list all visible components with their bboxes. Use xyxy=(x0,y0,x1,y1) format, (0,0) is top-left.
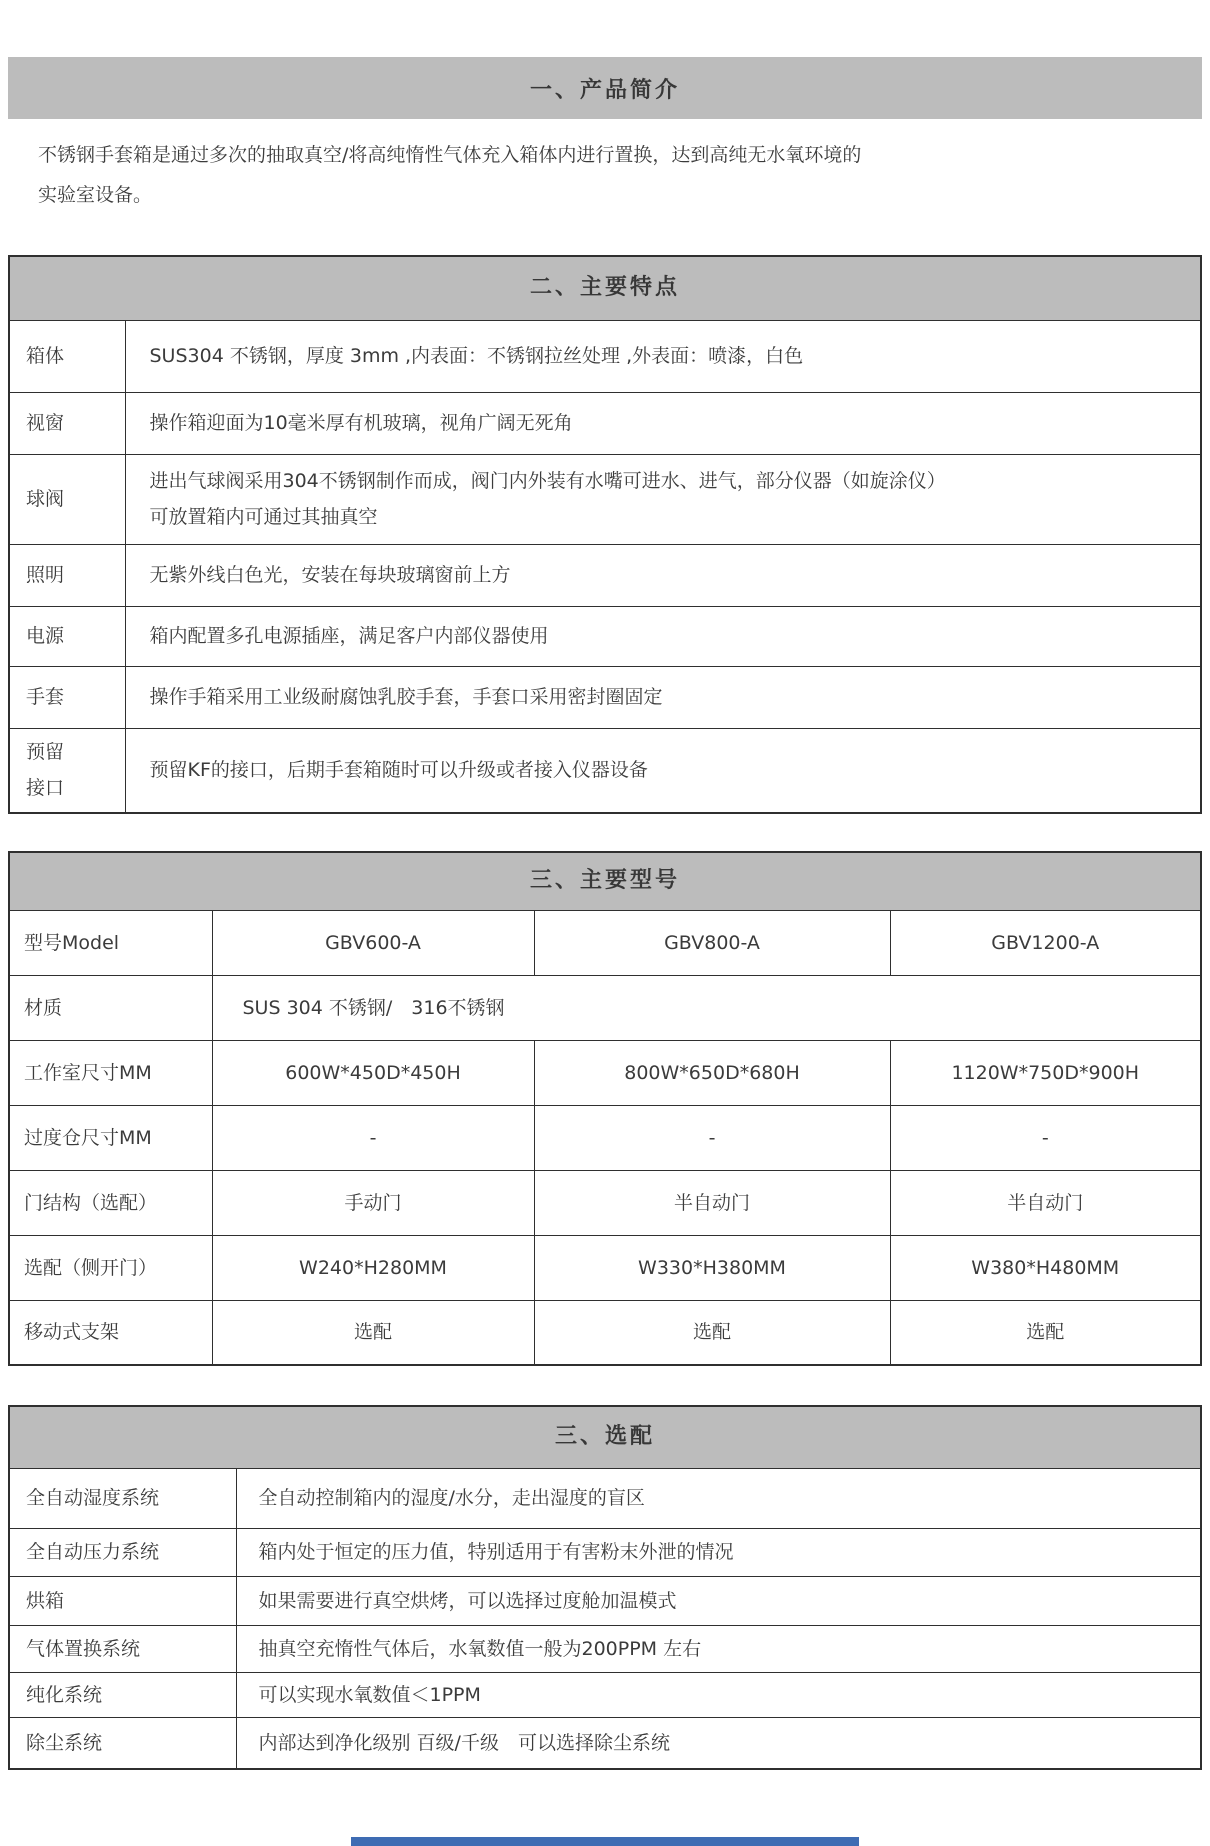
option-row-label: 除尘系统 xyxy=(9,1717,236,1769)
table-row: 照明 无紫外线白色光，安装在每块玻璃窗前上方 xyxy=(9,544,1201,606)
feature-row-text: 进出气球阀采用304不锈钢制作而成，阀门内外装有水嘴可进水、进气，部分仪器（如旋… xyxy=(125,454,1201,544)
option-row-text: 可以实现水氧数值＜1PPM xyxy=(236,1672,1201,1717)
table-row: 球阀 进出气球阀采用304不锈钢制作而成，阀门内外装有水嘴可进水、进气，部分仪器… xyxy=(9,454,1201,544)
table-row: 移动式支架 选配 选配 选配 xyxy=(9,1300,1201,1365)
model-cell: - xyxy=(534,1105,890,1170)
model-cell: 半自动门 xyxy=(534,1170,890,1235)
model-cell: GBV600-A xyxy=(212,910,534,975)
options-table-title: 三、选配 xyxy=(9,1406,1201,1468)
section-intro-header: 一、产品简介 xyxy=(8,57,1202,119)
model-row-label: 工作室尺寸MM xyxy=(9,1040,212,1105)
feature-row-text: SUS304 不锈钢，厚度 3mm ,内表面：不锈钢拉丝处理 ,外表面：喷漆，白… xyxy=(125,320,1201,392)
table-row: 型号Model GBV600-A GBV800-A GBV1200-A xyxy=(9,910,1201,975)
model-cell: GBV800-A xyxy=(534,910,890,975)
feature-row-label: 电源 xyxy=(9,606,125,666)
table-row: 箱体 SUS304 不锈钢，厚度 3mm ,内表面：不锈钢拉丝处理 ,外表面：喷… xyxy=(9,320,1201,392)
models-table-title: 三、主要型号 xyxy=(9,852,1201,910)
content-wrapper: 一、产品简介 不锈钢手套箱是通过多次的抽取真空/将高纯惰性气体充入箱体内进行置换… xyxy=(0,57,1210,1770)
model-cell: - xyxy=(212,1105,534,1170)
feature-row-label: 箱体 xyxy=(9,320,125,392)
model-cell: - xyxy=(890,1105,1201,1170)
model-cell: 800W*650D*680H xyxy=(534,1040,890,1105)
model-cell: 选配 xyxy=(212,1300,534,1365)
table-row: 纯化系统 可以实现水氧数值＜1PPM xyxy=(9,1672,1201,1717)
model-cell: 手动门 xyxy=(212,1170,534,1235)
model-cell: W240*H280MM xyxy=(212,1235,534,1300)
model-cell: 半自动门 xyxy=(890,1170,1201,1235)
table-row: 手套 操作手箱采用工业级耐腐蚀乳胶手套，手套口采用密封圈固定 xyxy=(9,666,1201,728)
table-row: 视窗 操作箱迎面为10毫米厚有机玻璃，视角广阔无死角 xyxy=(9,392,1201,454)
model-row-label: 材质 xyxy=(9,975,212,1040)
options-header-row: 三、选配 xyxy=(9,1406,1201,1468)
product-spec-page: 一、产品简介 不锈钢手套箱是通过多次的抽取真空/将高纯惰性气体充入箱体内进行置换… xyxy=(0,0,1210,1846)
table-row: 烘箱 如果需要进行真空烘烤，可以选择过度舱加温模式 xyxy=(9,1576,1201,1625)
table-row: 选配（侧开门） W240*H280MM W330*H380MM W380*H48… xyxy=(9,1235,1201,1300)
model-cell: 选配 xyxy=(890,1300,1201,1365)
feature-row-text: 操作箱迎面为10毫米厚有机玻璃，视角广阔无死角 xyxy=(125,392,1201,454)
feature-row-label: 照明 xyxy=(9,544,125,606)
feature-row-text: 操作手箱采用工业级耐腐蚀乳胶手套，手套口采用密封圈固定 xyxy=(125,666,1201,728)
option-row-text: 箱内处于恒定的压力值，特别适用于有害粉末外泄的情况 xyxy=(236,1528,1201,1576)
option-row-text: 全自动控制箱内的湿度/水分，走出湿度的盲区 xyxy=(236,1468,1201,1528)
model-cell: 1120W*750D*900H xyxy=(890,1040,1201,1105)
models-header-row: 三、主要型号 xyxy=(9,852,1201,910)
model-cell: GBV1200-A xyxy=(890,910,1201,975)
model-row-label: 门结构（选配） xyxy=(9,1170,212,1235)
model-row-label: 移动式支架 xyxy=(9,1300,212,1365)
table-row: 预留 接口 预留KF的接口，后期手套箱随时可以升级或者接入仪器设备 xyxy=(9,728,1201,813)
feature-row-label: 手套 xyxy=(9,666,125,728)
features-table-title: 二、主要特点 xyxy=(9,256,1201,320)
feature-row-text: 无紫外线白色光，安装在每块玻璃窗前上方 xyxy=(125,544,1201,606)
table-row: 材质 SUS 304 不锈钢/ 316不锈钢 xyxy=(9,975,1201,1040)
table-row: 除尘系统 内部达到净化级别 百级/千级 可以选择除尘系统 xyxy=(9,1717,1201,1769)
option-row-text: 抽真空充惰性气体后，水氧数值一般为200PPM 左右 xyxy=(236,1625,1201,1672)
table-row: 过度仓尺寸MM - - - xyxy=(9,1105,1201,1170)
model-cell: W380*H480MM xyxy=(890,1235,1201,1300)
option-row-label: 全自动压力系统 xyxy=(9,1528,236,1576)
option-row-label: 全自动湿度系统 xyxy=(9,1468,236,1528)
table-row: 工作室尺寸MM 600W*450D*450H 800W*650D*680H 11… xyxy=(9,1040,1201,1105)
feature-row-label: 球阀 xyxy=(9,454,125,544)
model-cell: W330*H380MM xyxy=(534,1235,890,1300)
intro-paragraph: 不锈钢手套箱是通过多次的抽取真空/将高纯惰性气体充入箱体内进行置换，达到高纯无水… xyxy=(38,135,1172,215)
table-row: 门结构（选配） 手动门 半自动门 半自动门 xyxy=(9,1170,1201,1235)
model-cell: 600W*450D*450H xyxy=(212,1040,534,1105)
table-row: 电源 箱内配置多孔电源插座，满足客户内部仪器使用 xyxy=(9,606,1201,666)
feature-row-text: 预留KF的接口，后期手套箱随时可以升级或者接入仪器设备 xyxy=(125,728,1201,813)
feature-row-text: 箱内配置多孔电源插座，满足客户内部仪器使用 xyxy=(125,606,1201,666)
option-row-label: 烘箱 xyxy=(9,1576,236,1625)
feature-row-label: 视窗 xyxy=(9,392,125,454)
option-row-text: 内部达到净化级别 百级/千级 可以选择除尘系统 xyxy=(236,1717,1201,1769)
model-row-label: 型号Model xyxy=(9,910,212,975)
options-table: 三、选配 全自动湿度系统 全自动控制箱内的湿度/水分，走出湿度的盲区 全自动压力… xyxy=(8,1405,1202,1770)
option-row-label: 气体置换系统 xyxy=(9,1625,236,1672)
footer-accent-bar xyxy=(351,1837,859,1846)
section-intro-title: 一、产品简介 xyxy=(530,73,680,104)
features-table: 二、主要特点 箱体 SUS304 不锈钢，厚度 3mm ,内表面：不锈钢拉丝处理… xyxy=(8,255,1202,814)
feature-row-label: 预留 接口 xyxy=(9,728,125,813)
features-header-row: 二、主要特点 xyxy=(9,256,1201,320)
model-merged-cell: SUS 304 不锈钢/ 316不锈钢 xyxy=(212,975,1201,1040)
model-row-label: 过度仓尺寸MM xyxy=(9,1105,212,1170)
model-cell: 选配 xyxy=(534,1300,890,1365)
option-row-label: 纯化系统 xyxy=(9,1672,236,1717)
models-table: 三、主要型号 型号Model GBV600-A GBV800-A GBV1200… xyxy=(8,851,1202,1366)
model-row-label: 选配（侧开门） xyxy=(9,1235,212,1300)
table-row: 全自动压力系统 箱内处于恒定的压力值，特别适用于有害粉末外泄的情况 xyxy=(9,1528,1201,1576)
table-row: 全自动湿度系统 全自动控制箱内的湿度/水分，走出湿度的盲区 xyxy=(9,1468,1201,1528)
option-row-text: 如果需要进行真空烘烤，可以选择过度舱加温模式 xyxy=(236,1576,1201,1625)
table-row: 气体置换系统 抽真空充惰性气体后，水氧数值一般为200PPM 左右 xyxy=(9,1625,1201,1672)
